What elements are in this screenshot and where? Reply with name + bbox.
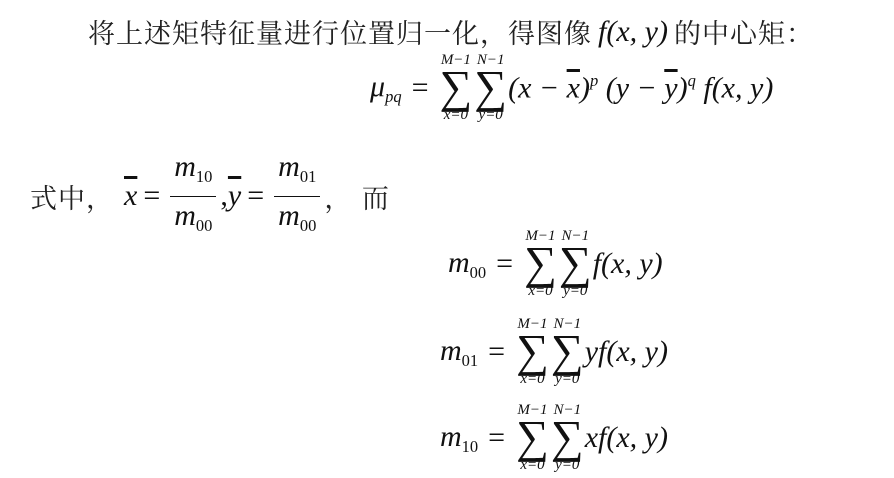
sum-over-y: N−1∑y=0	[551, 316, 584, 388]
sum-over-x: M−1∑x=0	[516, 402, 549, 474]
equals-sign: =	[412, 71, 429, 105]
sum-over-x: M−1∑x=0	[524, 228, 557, 300]
m00-body: f(x, y)	[593, 247, 663, 281]
raw-moment-m10: m10 = M−1∑x=0 N−1∑y=0 xf(x, y)	[440, 402, 668, 474]
central-moment-equation: μpq = M−1 ∑ x=0 N−1 ∑ y=0 (x − x)p (y − …	[370, 52, 773, 124]
m01-body: yf(x, y)	[585, 335, 668, 369]
fraction-m10-over-m00: m10 m00	[170, 150, 216, 243]
sum-over-x: M−1∑x=0	[516, 316, 549, 388]
central-moment-body: (x − x)p (y − y)q f(x, y)	[508, 71, 773, 106]
fraction-m01-over-m00: m01 m00	[274, 150, 320, 243]
equals-sign: =	[143, 179, 160, 213]
intro-text-after: 的中心矩：	[674, 12, 814, 51]
sum-over-y: N−1 ∑ y=0	[474, 52, 507, 124]
intro-text-before: 将上述矩特征量进行位置归一化，得图像	[88, 12, 592, 51]
sum-over-x: M−1 ∑ x=0	[439, 52, 472, 124]
sum-over-y: N−1∑y=0	[559, 228, 592, 300]
equals-sign: =	[247, 179, 264, 213]
intro-function: f(x, y)	[598, 15, 668, 49]
where-prefix: 式中，	[30, 177, 114, 216]
intro-sentence: 将上述矩特征量进行位置归一化，得图像 f(x, y) 的中心矩：	[88, 12, 814, 51]
raw-moment-m01: m01 = M−1∑x=0 N−1∑y=0 yf(x, y)	[440, 316, 668, 388]
comma: ,	[220, 179, 228, 213]
where-line: 式中， x = m10 m00 , y = m01 m00 ， 而	[30, 150, 390, 243]
raw-moment-m00: m00 = M−1∑x=0 N−1∑y=0 f(x, y)	[448, 228, 663, 300]
x-bar: x	[124, 179, 137, 213]
m10-body: xf(x, y)	[585, 421, 668, 455]
sum-over-y: N−1∑y=0	[551, 402, 584, 474]
where-suffix: ， 而	[324, 177, 390, 216]
mu-pq: μpq	[370, 70, 402, 107]
y-bar: y	[228, 179, 241, 213]
